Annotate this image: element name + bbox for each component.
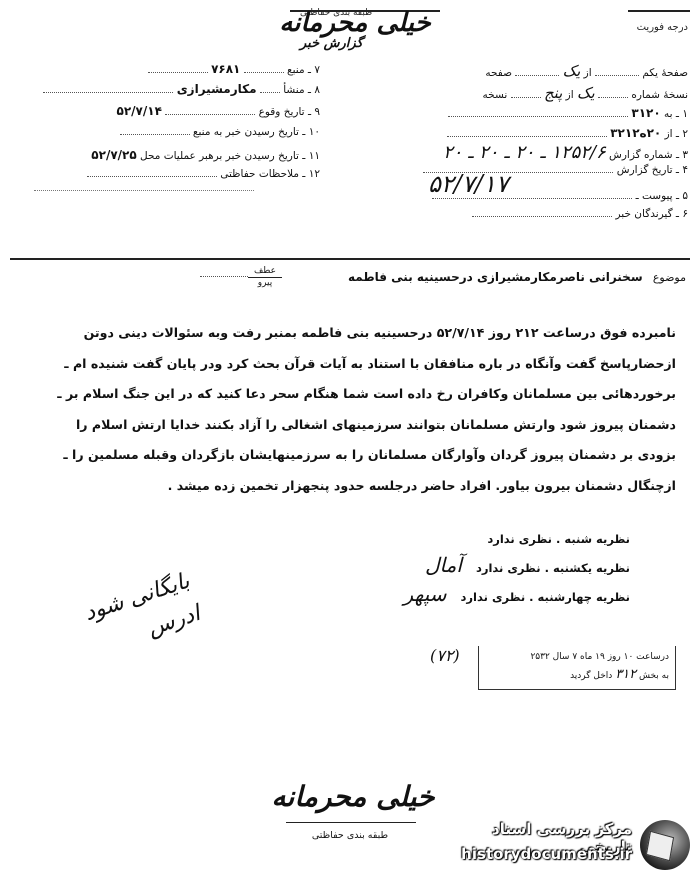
follow-up-top: عطف [248, 266, 282, 278]
field-security-notes-label: ۱۲ ـ ملاحظات حفاظتی [220, 168, 320, 180]
follow-up-bottom: پیرو [248, 278, 282, 288]
field-report-number-value: ۱۲۵۲/۶ ـ ۲۰ ـ ۲۰ ـ ۲۰ [443, 142, 606, 163]
field-source-received-date: ۱۰ ـ تاریخ رسیدن خبر به منبع [30, 126, 320, 138]
dots [87, 168, 217, 177]
field-copy-from: از [566, 89, 574, 101]
dots [432, 190, 632, 199]
field-from: ۲ ـ از ۲۰ه۳۲۱۲ [447, 126, 688, 140]
opinion-text: نظریه شنبه . نظری ندارد [487, 532, 630, 546]
signature: آمال [425, 553, 462, 577]
footer-title: خیلی محرمانه [258, 780, 448, 813]
field-source-received-date-label: ۱۰ ـ تاریخ رسیدن خبر به منبع [193, 126, 320, 138]
field-to: ۱ ـ به ۳۱۲۰ [448, 106, 688, 120]
subject: موضوع سخنرانی ناصرمکارمشیرازی درحسینیه ب… [348, 270, 686, 284]
field-source-label: ۷ ـ منبع [287, 64, 320, 76]
header-title: خیلی محرمانه [265, 8, 445, 38]
receipt-stamp: درساعت ۱۰ روز ۱۹ ماه ۷ سال ۲۵۳۲ به بخش ۳… [478, 646, 676, 690]
body-line: دشمنان پیروز شود وارتش مسلمانان بتوانند … [50, 410, 676, 441]
field-from-label: ۲ ـ از [665, 128, 688, 140]
field-ops-received-date: ۱۱ ـ تاریخ رسیدن خبر برهبر عملیات محل ۵۲… [8, 148, 320, 162]
body-line: بزودی بر دشمنان پیروز گردان وآوارگان مسل… [50, 440, 676, 471]
priority-rule [628, 10, 690, 12]
field-page-from: از [584, 67, 592, 79]
opinion-text: نظریه یکشنبه . نظری ندارد [476, 561, 630, 575]
margin-note: بایگانی شود ادرس [80, 565, 205, 663]
footer-classification-label: طبقه بندی حفاظتی [270, 830, 430, 841]
field-copy: نسخهٔ شماره یک از پنج نسخه [483, 84, 688, 102]
receipt-number: (۷۲) [430, 646, 460, 665]
field-to-value: ۳۱۲۰ [631, 106, 660, 120]
field-copy-label: نسخهٔ شماره [631, 89, 688, 101]
field-source: ۷ ـ منبع ۷۶۸۱ [30, 62, 320, 76]
opinions: نظریه شنبه . نظری ندارد نظریه یکشنبه . ن… [403, 526, 630, 610]
field-source-value: ۷۶۸۱ [211, 62, 240, 76]
body-line: نامبرده فوق درساعت ۲۱۲ روز ۵۲/۷/۱۴ درحسی… [50, 318, 676, 349]
field-copy-value: یک [577, 84, 595, 102]
field-from-value: ۲۰ه۳۲۱۲ [610, 126, 661, 140]
subject-label: موضوع [653, 271, 686, 284]
dots [43, 84, 173, 93]
footer-rule [286, 822, 416, 823]
field-report-date-label: ۴ ـ تاریخ گزارش [617, 164, 688, 176]
field-origin-value: مکارمشیرازی [177, 82, 257, 96]
field-ops-received-date-value: ۵۲/۷/۲۵ [91, 148, 136, 162]
field-recipients: ۶ ـ گیرندگان خبر [472, 208, 688, 220]
signature: سپهر [403, 582, 446, 606]
watermark-text-en: historydocuments.ir [461, 845, 632, 863]
body-line: ازچنگال دشمنان بیرون بیاور. افراد حاضر د… [50, 471, 676, 502]
section-divider [10, 258, 690, 260]
field-event-date: ۹ ـ تاریخ وقوع ۵۲/۷/۱۴ [30, 104, 320, 118]
archive-logo-icon [640, 820, 690, 870]
subject-text: سخنرانی ناصرمکارمشیرازی درحسینیه بنی فاط… [348, 270, 643, 284]
body-line: برخوردهائی بین مسلمانان وکافران رخ داده … [50, 379, 676, 410]
field-event-date-label: ۹ ـ تاریخ وقوع [259, 106, 320, 118]
security-notes-line [34, 190, 254, 191]
dots [165, 106, 255, 115]
receipt-line-2: به بخش ۳۱۲ داخل گردید [485, 666, 669, 685]
follow-up-reference: عطف پیرو [248, 266, 282, 288]
field-report-number: ۳ ـ شماره گزارش ۱۲۵۲/۶ ـ ۲۰ ـ ۲۰ ـ ۲۰ [443, 142, 688, 163]
field-event-date-value: ۵۲/۷/۱۴ [117, 104, 162, 118]
receipt-section: ۳۱۲ [615, 667, 636, 682]
receipt-suffix: داخل گردید [570, 671, 612, 681]
field-page: صفحهٔ یکم از یک صفحه [485, 62, 688, 80]
field-origin-label: ۸ ـ منشأ [283, 84, 320, 96]
body-line: ازحضارپاسخ گفت وآنگاه در باره منافقان با… [50, 349, 676, 380]
field-attachment-label: ۵ ـ پیوست [642, 190, 688, 202]
dots [447, 128, 607, 137]
opinion-text: نظریه چهارشنبه . نظری ندارد [461, 590, 630, 604]
dots [120, 126, 190, 135]
header-subtitle: گزارش خبر [300, 36, 363, 51]
field-recipients-label: ۶ ـ گیرندگان خبر [616, 208, 689, 220]
opinion-line: نظریه یکشنبه . نظری ندارد آمال [403, 552, 630, 581]
field-attachment-value: ـ [636, 190, 639, 202]
dots [448, 108, 628, 117]
receipt-prefix: به بخش [639, 671, 669, 681]
field-page-end: صفحه [485, 67, 512, 79]
receipt-line-1: درساعت ۱۰ روز ۱۹ ماه ۷ سال ۲۵۳۲ [485, 649, 669, 666]
field-security-notes: ۱۲ ـ ملاحظات حفاظتی [30, 168, 320, 180]
priority-label: درجه فوریت [637, 22, 688, 33]
field-page-value: یک [563, 62, 581, 80]
dots [472, 208, 612, 217]
dots [260, 84, 280, 93]
dots [515, 67, 559, 76]
field-to-label: ۱ ـ به [664, 108, 688, 120]
dots [244, 64, 284, 73]
field-ops-received-date-label: ۱۱ ـ تاریخ رسیدن خبر برهبر عملیات محل [140, 150, 320, 162]
follow-up-dots [200, 276, 248, 277]
field-copy-of-value: پنج [544, 84, 562, 102]
dots [595, 67, 639, 76]
dots [148, 64, 208, 73]
dots [598, 89, 628, 98]
field-attachment: ۵ ـ پیوست ـ [432, 190, 688, 202]
field-origin: ۸ ـ منشأ مکارمشیرازی [30, 82, 320, 96]
dots [511, 89, 541, 98]
field-page-label: صفحهٔ یکم [642, 67, 688, 79]
watermark: مرکز بررسی اسناد تاریخی historydocuments… [480, 818, 694, 874]
opinion-line: نظریه شنبه . نظری ندارد [403, 526, 630, 552]
field-copy-end: نسخه [483, 89, 508, 101]
field-report-number-label: ۳ ـ شماره گزارش [609, 149, 688, 161]
opinion-line: نظریه چهارشنبه . نظری ندارد سپهر [403, 581, 630, 610]
report-body: نامبرده فوق درساعت ۲۱۲ روز ۵۲/۷/۱۴ درحسی… [50, 318, 676, 501]
